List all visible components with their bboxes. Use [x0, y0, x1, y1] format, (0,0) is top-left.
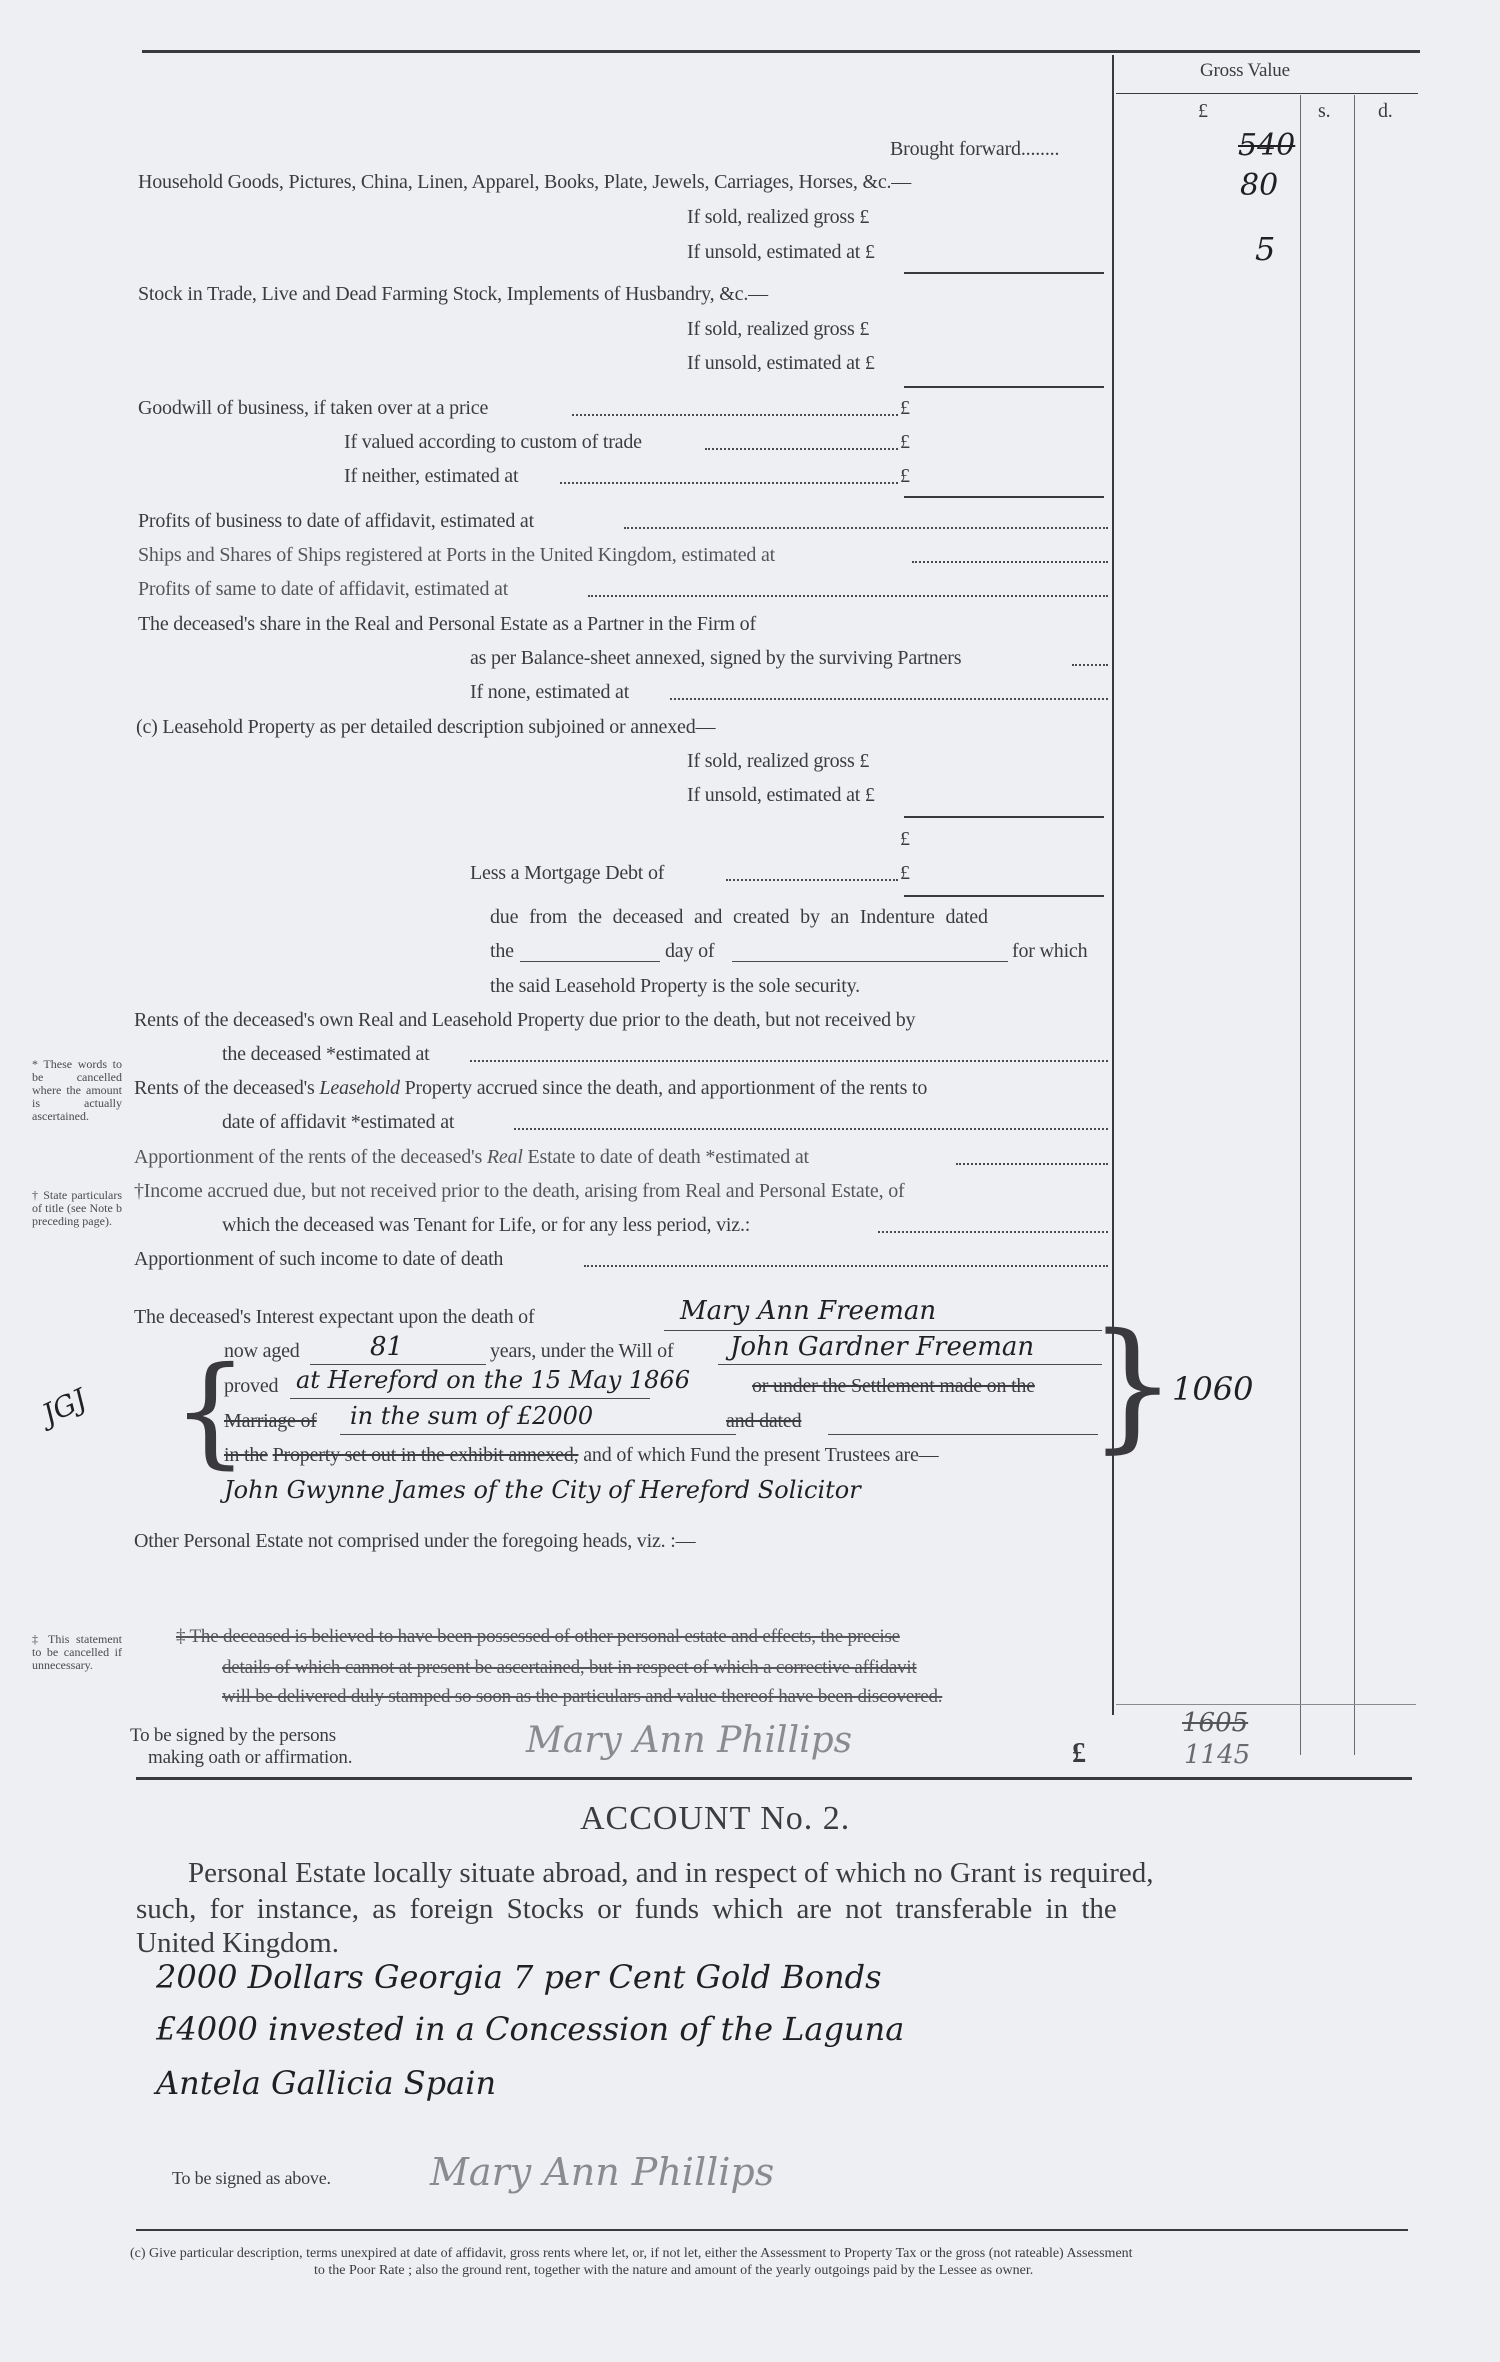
leader-dots — [514, 1128, 1108, 1130]
years-will-label: years, under the Will of — [490, 1340, 673, 1363]
account2-desc-line3: United Kingdom. — [136, 1927, 339, 1960]
leader-dots — [588, 595, 1108, 597]
partner-if-none-label: If none, estimated at — [470, 681, 629, 704]
leasehold-if-unsold-label: If unsold, estimated at £ — [687, 784, 875, 807]
struck-dated: and dated — [726, 1410, 801, 1433]
trustees-names: John Gwynne James of the City of Herefor… — [224, 1476, 861, 1504]
account2-title: ACCOUNT No. 2. — [580, 1800, 850, 1838]
proved-label: proved — [224, 1375, 278, 1398]
ships-label: Ships and Shares of Ships registered at … — [138, 544, 775, 567]
goodwill-pound: £ — [900, 397, 910, 420]
subtotal-rule — [904, 496, 1104, 498]
footnote-rule — [136, 2229, 1408, 2231]
goodwill-custom-pound: £ — [900, 431, 910, 454]
rents-own-line1: Rents of the deceased's own Real and Lea… — [134, 1009, 915, 1032]
signature-account1: Mary Ann Phillips — [526, 1720, 852, 1761]
household-unsold-value: 5 — [1255, 230, 1275, 268]
struck-settlement: or under the Settlement made on the — [752, 1375, 1035, 1398]
footnote-line1: (c) Give particular description, terms u… — [130, 2246, 1133, 2262]
side-note-cancel-words: * These words to be cancelled where the … — [32, 1058, 122, 1123]
rents-own-line2: the deceased *estimated at — [222, 1043, 429, 1066]
total-struck: 1605 — [1182, 1708, 1248, 1738]
household-if-unsold-label: If unsold, estimated at £ — [687, 241, 875, 264]
leader-dots — [572, 414, 898, 416]
subtotal-rule — [904, 272, 1104, 274]
proved-field[interactable] — [290, 1398, 650, 1399]
account2-item-location: Antela Gallicia Spain — [156, 2064, 496, 2102]
goodwill-neither-label: If neither, estimated at — [344, 465, 518, 488]
brought-forward-label: Brought forward........ — [890, 138, 1059, 161]
mortgage-pound: £ — [900, 862, 910, 885]
indenture-the: the — [490, 940, 514, 963]
leader-dots — [560, 482, 898, 484]
side-note-cancel-statement: ‡ This statement to be cancelled if unne… — [32, 1633, 122, 1672]
leasehold-if-sold-label: If sold, realized gross £ — [687, 750, 869, 773]
apportionment-income-label: Apportionment of such income to date of … — [134, 1248, 503, 1271]
total-value: 1145 — [1184, 1740, 1250, 1770]
dated-field[interactable] — [828, 1434, 1098, 1435]
stock-if-sold-label: If sold, realized gross £ — [687, 318, 869, 341]
indenture-for-which: for which — [1012, 940, 1087, 963]
leader-dots — [956, 1163, 1108, 1165]
struck-statement-line1: ‡ The deceased is believed to have been … — [176, 1626, 900, 1648]
side-note-title-particulars: † State particulars of title (see Note b… — [32, 1189, 122, 1228]
pounds-column-header: £ — [1198, 100, 1208, 123]
leader-dots — [670, 698, 1108, 700]
account2-desc-line1: Personal Estate locally situate abroad, … — [188, 1857, 1154, 1890]
life-tenant-name: Mary Ann Freeman — [680, 1296, 936, 1326]
sole-security-label: the said Leasehold Property is the sole … — [490, 975, 860, 998]
household-goods-value: 80 — [1240, 168, 1278, 203]
goodwill-label: Goodwill of business, if taken over at a… — [138, 397, 488, 420]
profits-business-label: Profits of business to date of affidavit… — [138, 510, 534, 533]
signature-account2: Mary Ann Phillips — [430, 2150, 774, 2194]
brought-forward-value-struck: 540 — [1238, 128, 1295, 163]
stock-if-unsold-label: If unsold, estimated at £ — [687, 352, 875, 375]
total-pound: £ — [1072, 1738, 1086, 1770]
leader-dots — [912, 561, 1108, 563]
account2-desc-line2: such, for instance, as foreign Stocks or… — [136, 1893, 1117, 1926]
leader-dots — [705, 448, 898, 450]
footnote-line2: to the Poor Rate ; also the ground rent,… — [314, 2263, 1033, 2279]
account2-item-laguna-concession: £4000 invested in a Concession of the La… — [156, 2010, 904, 2048]
life-tenant-field[interactable] — [664, 1330, 1102, 1331]
settlement-sum: in the sum of £2000 — [350, 1402, 593, 1430]
account2-sign-label: To be signed as above. — [172, 2168, 331, 2189]
indenture-day-field[interactable] — [520, 961, 660, 962]
proved-details: at Hereford on the 15 May 1866 — [296, 1366, 690, 1394]
struck-statement-line2: details of which cannot at present be as… — [222, 1657, 917, 1679]
leasehold-pound: £ — [900, 828, 910, 851]
indenture-day-of: day of — [665, 940, 714, 963]
shillings-column-header: s. — [1318, 100, 1330, 123]
shillings-column-border — [1300, 95, 1301, 1755]
sign-label-line2: making oath or affirmation. — [148, 1747, 352, 1769]
testator-field[interactable] — [718, 1364, 1102, 1365]
age-value: 81 — [370, 1332, 403, 1362]
age-field[interactable] — [310, 1364, 486, 1365]
sum-field[interactable] — [340, 1434, 736, 1435]
struck-marriage: Marriage of — [224, 1410, 317, 1433]
gross-value-header: Gross Value — [1200, 60, 1290, 82]
balance-sheet-label: as per Balance-sheet annexed, signed by … — [470, 647, 961, 670]
leader-dots — [584, 1265, 1108, 1267]
leader-dots — [726, 879, 898, 881]
subtotal-rule — [904, 895, 1104, 897]
top-rule — [142, 50, 1420, 53]
leasehold-label: (c) Leasehold Property as per detailed d… — [136, 716, 715, 739]
sign-label-line1: To be signed by the persons — [130, 1725, 336, 1747]
rents-leasehold-line2: date of affidavit *estimated at — [222, 1111, 454, 1134]
profits-same-label: Profits of same to date of affidavit, es… — [138, 578, 508, 601]
subtotal-rule — [904, 386, 1104, 388]
pence-column-border — [1354, 95, 1355, 1755]
indenture-month-field[interactable] — [732, 961, 1008, 962]
mortgage-due-from: due from the deceased and created by an … — [490, 906, 988, 929]
leader-dots — [624, 527, 1108, 529]
stock-in-trade-label: Stock in Trade, Live and Dead Farming St… — [138, 283, 768, 306]
other-estate-label: Other Personal Estate not comprised unde… — [134, 1530, 695, 1553]
testator-name: John Gardner Freeman — [730, 1332, 1034, 1362]
household-if-sold-label: If sold, realized gross £ — [687, 206, 869, 229]
pence-column-header: d. — [1378, 100, 1393, 123]
interest-expectant-value: 1060 — [1172, 1370, 1253, 1408]
goodwill-neither-pound: £ — [900, 465, 910, 488]
gross-value-header-rule — [1116, 93, 1418, 94]
leader-dots — [1072, 664, 1108, 666]
leader-dots — [878, 1231, 1108, 1233]
total-top-rule — [1116, 1704, 1416, 1705]
mortgage-label: Less a Mortgage Debt of — [470, 862, 664, 885]
partner-share-label: The deceased's share in the Real and Per… — [138, 613, 756, 636]
account1-bottom-rule — [136, 1777, 1412, 1780]
goodwill-custom-label: If valued according to custom of trade — [344, 431, 642, 454]
income-accrued-line1: †Income accrued due, but not received pr… — [134, 1180, 904, 1203]
margin-initials: JGJ — [37, 1382, 92, 1431]
income-accrued-line2: which the deceased was Tenant for Life, … — [222, 1214, 750, 1237]
rents-leasehold-line1: Rents of the deceased's Leasehold Proper… — [134, 1077, 927, 1100]
leader-dots — [470, 1060, 1108, 1062]
household-goods-label: Household Goods, Pictures, China, Linen,… — [138, 171, 911, 194]
apportionment-real-label: Apportionment of the rents of the deceas… — [134, 1146, 809, 1169]
subtotal-rule — [904, 816, 1104, 818]
interest-expectant-label: The deceased's Interest expectant upon t… — [134, 1306, 534, 1329]
account2-item-georgia-bonds: 2000 Dollars Georgia 7 per Cent Gold Bon… — [156, 1958, 882, 1996]
trustees-line: in the Property set out in the exhibit a… — [224, 1444, 938, 1467]
struck-statement-line3: will be delivered duly stamped so soon a… — [222, 1686, 942, 1708]
right-brace: } — [1088, 1316, 1177, 1456]
